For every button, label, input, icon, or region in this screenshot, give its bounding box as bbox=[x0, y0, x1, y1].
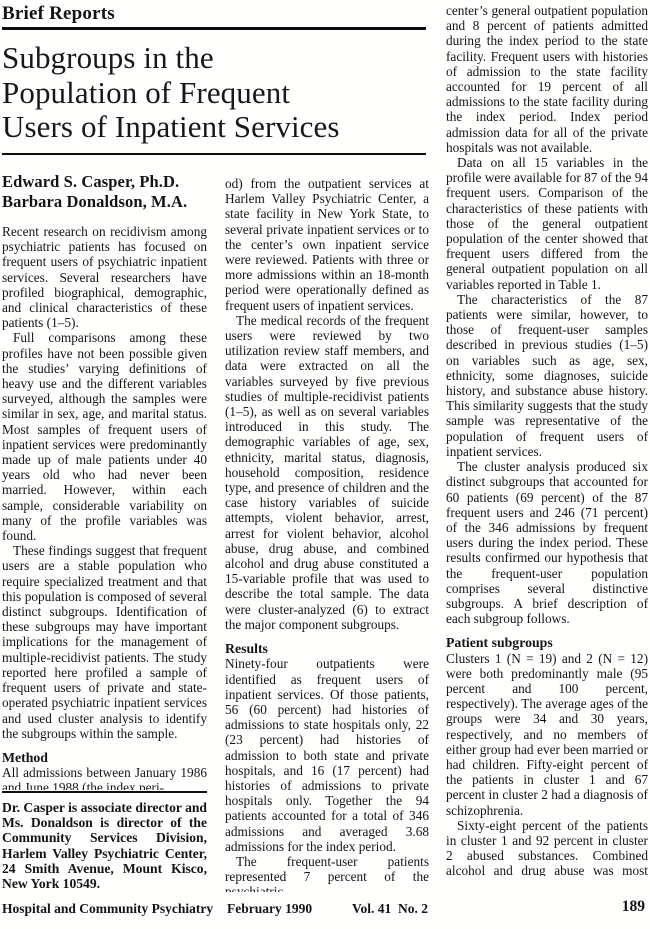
results-paragraph: The frequent-user patients represented 7… bbox=[225, 854, 429, 892]
patient-subgroups-heading: Patient subgroups bbox=[446, 635, 648, 650]
author-name-1: Edward S. Casper, Ph.D. bbox=[2, 172, 207, 192]
method-heading: Method bbox=[2, 750, 207, 765]
article-title: Subgroups in the Population of Frequent … bbox=[2, 41, 426, 145]
column-right: center’s general outpatient population a… bbox=[446, 3, 648, 876]
body-paragraph: The cluster analysis produced six distin… bbox=[446, 459, 648, 626]
footnote-text: Dr. Casper is associate director and Ms.… bbox=[2, 800, 207, 891]
footer-issue-number: No. 2 bbox=[398, 901, 428, 917]
journal-page: Brief Reports Subgroups in the Populatio… bbox=[0, 0, 650, 929]
footer-journal-title: Hospital and Community Psychiatry bbox=[2, 901, 213, 917]
column-middle: od) from the outpatient services at Harl… bbox=[225, 176, 429, 892]
results-paragraph: Ninety-four outpatients were identified … bbox=[225, 656, 429, 854]
author-name-2: Barbara Donaldson, M.A. bbox=[2, 192, 207, 212]
footer-volume: Vol. 41 bbox=[352, 901, 391, 917]
body-paragraph: od) from the outpatient services at Harl… bbox=[225, 176, 429, 313]
body-paragraph: The medical records of the frequent user… bbox=[225, 313, 429, 632]
title-rule bbox=[2, 153, 426, 155]
author-footnote: Dr. Casper is associate director and Ms.… bbox=[2, 791, 207, 891]
title-line-1: Subgroups in the bbox=[2, 41, 426, 76]
title-line-3: Users of Inpatient Services bbox=[2, 110, 426, 145]
footer-issue-date: February 1990 bbox=[227, 901, 312, 917]
body-paragraph: Full comparisons among these profiles ha… bbox=[2, 330, 207, 543]
subgroups-paragraph: Clusters 1 (N = 19) and 2 (N = 12) were … bbox=[446, 651, 648, 818]
body-paragraph: Data on all 15 variables in the profile … bbox=[446, 155, 648, 292]
kicker-rule bbox=[2, 27, 426, 30]
footnote-rule bbox=[2, 791, 207, 793]
results-heading: Results bbox=[225, 641, 429, 656]
body-paragraph: center’s general outpatient population a… bbox=[446, 3, 648, 155]
subgroups-paragraph: Sixty-eight percent of the patients in c… bbox=[446, 818, 648, 876]
page-header: Brief Reports Subgroups in the Populatio… bbox=[2, 3, 426, 155]
body-paragraph: These findings suggest that frequent use… bbox=[2, 543, 207, 741]
method-paragraph: All admissions between January 1986 and … bbox=[2, 765, 207, 790]
body-paragraph: Recent research on recidivism among psyc… bbox=[2, 224, 207, 330]
section-kicker: Brief Reports bbox=[2, 3, 426, 24]
footer-page-number: 189 bbox=[622, 898, 645, 916]
title-line-2: Population of Frequent bbox=[2, 76, 426, 111]
column-left: Edward S. Casper, Ph.D. Barbara Donaldso… bbox=[2, 172, 207, 790]
body-paragraph: The characteristics of the 87 patients w… bbox=[446, 292, 648, 459]
author-byline: Edward S. Casper, Ph.D. Barbara Donaldso… bbox=[2, 172, 207, 211]
